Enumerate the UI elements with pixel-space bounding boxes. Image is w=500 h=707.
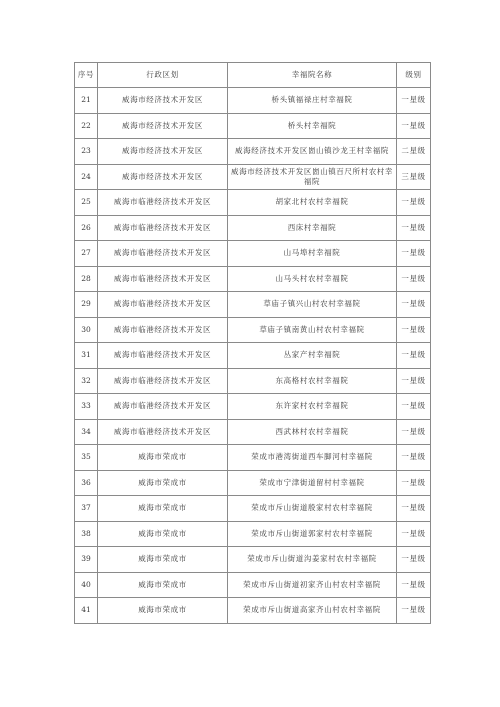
cell-level: 一星级 xyxy=(397,317,431,343)
cell-name: 西床村幸福院 xyxy=(228,215,397,241)
happiness-home-table: 序号 行政区划 幸福院名称 级别 21威海市经济技术开发区桥头镇福禄庄村幸福院一… xyxy=(74,62,431,624)
cell-name: 东高格村农村幸福院 xyxy=(228,368,397,394)
cell-name: 山马头村农村幸福院 xyxy=(228,266,397,292)
cell-level: 一星级 xyxy=(397,394,431,420)
cell-region: 威海市临港经济技术开发区 xyxy=(98,317,228,343)
header-level: 级别 xyxy=(397,63,431,88)
cell-region: 威海市临港经济技术开发区 xyxy=(98,394,228,420)
cell-level: 一星级 xyxy=(397,190,431,216)
table-row: 24威海市经济技术开发区威海市经济技术开发区崮山镇百尺所村农村幸福院三星级 xyxy=(75,164,431,190)
table-row: 29威海市临港经济技术开发区草庙子镇兴山村农村幸福院一星级 xyxy=(75,292,431,318)
cell-level: 一星级 xyxy=(397,521,431,547)
cell-level: 一星级 xyxy=(397,445,431,471)
cell-serial: 30 xyxy=(75,317,98,343)
table-row: 28威海市临港经济技术开发区山马头村农村幸福院一星级 xyxy=(75,266,431,292)
cell-name: 山马埠村幸福院 xyxy=(228,241,397,267)
table-row: 26威海市临港经济技术开发区西床村幸福院一星级 xyxy=(75,215,431,241)
cell-serial: 34 xyxy=(75,419,98,445)
cell-region: 威海市临港经济技术开发区 xyxy=(98,241,228,267)
table-row: 22威海市经济技术开发区桥头村幸福院一星级 xyxy=(75,113,431,139)
cell-level: 一星级 xyxy=(397,343,431,369)
table-row: 38威海市荣成市荣成市斥山街道郭家村农村幸福院一星级 xyxy=(75,521,431,547)
cell-level: 一星级 xyxy=(397,241,431,267)
cell-name: 荣成市港湾街道西车脚河村幸福院 xyxy=(228,445,397,471)
cell-name: 桥头村幸福院 xyxy=(228,113,397,139)
cell-region: 威海市荣成市 xyxy=(98,547,228,573)
cell-region: 威海市荣成市 xyxy=(98,572,228,598)
cell-serial: 25 xyxy=(75,190,98,216)
cell-level: 一星级 xyxy=(397,598,431,624)
table-row: 41威海市荣成市荣成市斥山街道高家齐山村农村幸福院一星级 xyxy=(75,598,431,624)
cell-region: 威海市经济技术开发区 xyxy=(98,113,228,139)
cell-level: 一星级 xyxy=(397,572,431,598)
header-name: 幸福院名称 xyxy=(228,63,397,88)
cell-name: 草庙子镇南黄山村农村幸福院 xyxy=(228,317,397,343)
cell-region: 威海市临港经济技术开发区 xyxy=(98,266,228,292)
cell-serial: 22 xyxy=(75,113,98,139)
cell-region: 威海市荣成市 xyxy=(98,445,228,471)
cell-name: 荣成市宁津街道留村村幸福院 xyxy=(228,470,397,496)
cell-level: 一星级 xyxy=(397,88,431,114)
cell-serial: 31 xyxy=(75,343,98,369)
cell-serial: 35 xyxy=(75,445,98,471)
table-row: 21威海市经济技术开发区桥头镇福禄庄村幸福院一星级 xyxy=(75,88,431,114)
cell-level: 一星级 xyxy=(397,266,431,292)
cell-serial: 21 xyxy=(75,88,98,114)
table-row: 36威海市荣成市荣成市宁津街道留村村幸福院一星级 xyxy=(75,470,431,496)
cell-region: 威海市荣成市 xyxy=(98,470,228,496)
cell-serial: 23 xyxy=(75,139,98,165)
table-row: 34威海市临港经济技术开发区西武林村农村幸福院一星级 xyxy=(75,419,431,445)
cell-serial: 27 xyxy=(75,241,98,267)
cell-level: 一星级 xyxy=(397,215,431,241)
cell-name: 草庙子镇兴山村农村幸福院 xyxy=(228,292,397,318)
cell-region: 威海市临港经济技术开发区 xyxy=(98,292,228,318)
cell-region: 威海市临港经济技术开发区 xyxy=(98,190,228,216)
cell-name: 荣成市斥山街道殷家村农村幸福院 xyxy=(228,496,397,522)
cell-name: 西武林村农村幸福院 xyxy=(228,419,397,445)
cell-serial: 29 xyxy=(75,292,98,318)
cell-name: 荣成市斥山街道郭家村农村幸福院 xyxy=(228,521,397,547)
cell-serial: 41 xyxy=(75,598,98,624)
cell-name: 荣成市斥山街道沟姜家村农村幸福院 xyxy=(228,547,397,573)
cell-region: 威海市临港经济技术开发区 xyxy=(98,215,228,241)
cell-level: 一星级 xyxy=(397,470,431,496)
cell-region: 威海市经济技术开发区 xyxy=(98,164,228,190)
cell-name: 胡家北村农村幸福院 xyxy=(228,190,397,216)
cell-region: 威海市经济技术开发区 xyxy=(98,139,228,165)
cell-name: 东许家村农村幸福院 xyxy=(228,394,397,420)
table-row: 39威海市荣成市荣成市斥山街道沟姜家村农村幸福院一星级 xyxy=(75,547,431,573)
cell-level: 三星级 xyxy=(397,164,431,190)
cell-level: 一星级 xyxy=(397,113,431,139)
cell-name: 荣成市斥山街道初家齐山村农村幸福院 xyxy=(228,572,397,598)
cell-region: 威海市临港经济技术开发区 xyxy=(98,343,228,369)
cell-serial: 32 xyxy=(75,368,98,394)
cell-serial: 24 xyxy=(75,164,98,190)
table-row: 31威海市临港经济技术开发区丛家产村幸福院一星级 xyxy=(75,343,431,369)
table-row: 25威海市临港经济技术开发区胡家北村农村幸福院一星级 xyxy=(75,190,431,216)
cell-serial: 37 xyxy=(75,496,98,522)
table-row: 40威海市荣成市荣成市斥山街道初家齐山村农村幸福院一星级 xyxy=(75,572,431,598)
cell-name: 威海经济技术开发区崮山镇沙龙王村幸福院 xyxy=(228,139,397,165)
cell-level: 一星级 xyxy=(397,496,431,522)
cell-name: 荣成市斥山街道高家齐山村农村幸福院 xyxy=(228,598,397,624)
cell-region: 威海市经济技术开发区 xyxy=(98,88,228,114)
cell-region: 威海市临港经济技术开发区 xyxy=(98,419,228,445)
table-header-row: 序号 行政区划 幸福院名称 级别 xyxy=(75,63,431,88)
cell-name: 威海市经济技术开发区崮山镇百尺所村农村幸福院 xyxy=(228,164,397,190)
header-region: 行政区划 xyxy=(98,63,228,88)
cell-region: 威海市临港经济技术开发区 xyxy=(98,368,228,394)
cell-serial: 26 xyxy=(75,215,98,241)
table-row: 32威海市临港经济技术开发区东高格村农村幸福院一星级 xyxy=(75,368,431,394)
cell-level: 一星级 xyxy=(397,292,431,318)
cell-serial: 33 xyxy=(75,394,98,420)
cell-level: 一星级 xyxy=(397,547,431,573)
cell-serial: 40 xyxy=(75,572,98,598)
cell-region: 威海市荣成市 xyxy=(98,598,228,624)
table-row: 27威海市临港经济技术开发区山马埠村幸福院一星级 xyxy=(75,241,431,267)
table-row: 23威海市经济技术开发区威海经济技术开发区崮山镇沙龙王村幸福院二星级 xyxy=(75,139,431,165)
cell-name: 丛家产村幸福院 xyxy=(228,343,397,369)
table-row: 37威海市荣成市荣成市斥山街道殷家村农村幸福院一星级 xyxy=(75,496,431,522)
header-serial: 序号 xyxy=(75,63,98,88)
table-row: 35威海市荣成市荣成市港湾街道西车脚河村幸福院一星级 xyxy=(75,445,431,471)
cell-serial: 36 xyxy=(75,470,98,496)
cell-name: 桥头镇福禄庄村幸福院 xyxy=(228,88,397,114)
cell-serial: 28 xyxy=(75,266,98,292)
table-row: 33威海市临港经济技术开发区东许家村农村幸福院一星级 xyxy=(75,394,431,420)
cell-level: 一星级 xyxy=(397,368,431,394)
cell-serial: 39 xyxy=(75,547,98,573)
cell-level: 二星级 xyxy=(397,139,431,165)
cell-region: 威海市荣成市 xyxy=(98,496,228,522)
table-row: 30威海市临港经济技术开发区草庙子镇南黄山村农村幸福院一星级 xyxy=(75,317,431,343)
cell-serial: 38 xyxy=(75,521,98,547)
cell-level: 一星级 xyxy=(397,419,431,445)
cell-region: 威海市荣成市 xyxy=(98,521,228,547)
